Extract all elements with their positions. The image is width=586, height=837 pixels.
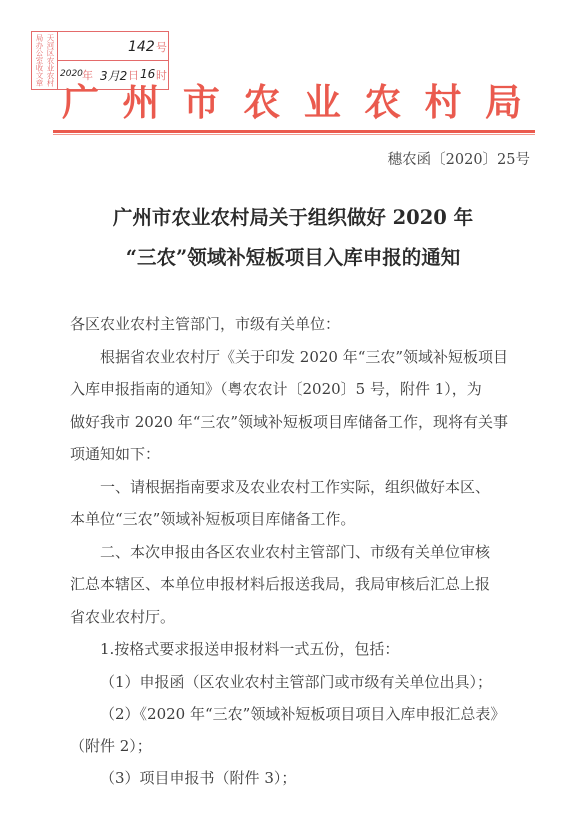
agency-char: 州: [122, 80, 159, 124]
paragraph-line: 项通知如下：: [70, 443, 160, 464]
agency-char: 市: [183, 80, 220, 124]
list-item: （1）申报函（区农业农村主管部门或市级有关单位出具）；: [100, 671, 492, 692]
list-item: （2）《2020 年“三农”领域补短板项目项目入库申报汇总表》: [100, 703, 505, 724]
stamp-label: 天河区农业农村 局办公室收文章: [32, 32, 58, 89]
paragraph-line: 本单位“三农”领域补短板项目库储备工作。: [70, 508, 355, 529]
list-item: （3）项目申报书（附件 3）；: [100, 767, 296, 788]
stamp-label-col1: 天河区农业农村: [45, 34, 55, 89]
paragraph-line: 入库申报指南的通知》（粤农农计〔2020〕5 号，附件 1），为: [70, 378, 482, 399]
document-title-line2: “三农”领域补短板项目入库申报的通知: [0, 242, 586, 270]
stamp-label-col2: 局办公室收文章: [34, 34, 44, 89]
document-title-line1: 广州市农业农村局关于组织做好 2020 年: [0, 202, 586, 230]
document-number: 穗农函〔2020〕25号: [388, 148, 530, 169]
agency-char: 农: [364, 80, 401, 124]
agency-char: 局: [485, 80, 522, 124]
paragraph-line: 一、请根据指南要求及农业农村工作实际，组织做好本区、: [100, 476, 490, 497]
stamp-hour: 16: [140, 67, 155, 81]
stamp-number: 142: [128, 39, 155, 55]
stamp-number-unit: 号: [156, 39, 167, 55]
paragraph-line: 省农业农村厅。: [70, 606, 175, 627]
paragraph-line: 根据省农业农村厅《关于印发 2020 年“三农”领域补短板项目: [100, 346, 508, 367]
list-item-continuation: （附件 2）；: [70, 735, 152, 756]
paragraph-line: 做好我市 2020 年“三农”领域补短板项目库储备工作，现将有关事: [70, 411, 508, 432]
agency-char: 业: [304, 80, 341, 124]
agency-name: 广 州 市 农 业 农 村 局: [62, 80, 522, 124]
agency-char: 村: [425, 80, 462, 124]
agency-char: 农: [243, 80, 280, 124]
salutation: 各区农业农村主管部门，市级有关单位：: [70, 313, 340, 334]
header-red-rule-thin: [53, 134, 535, 135]
header-red-rule: [53, 130, 535, 133]
paragraph-line: 二、本次申报由各区农业农村主管部门、市级有关单位审核: [100, 541, 490, 562]
list-item: 1.按格式要求报送申报材料一式五份，包括：: [100, 638, 399, 659]
stamp-number-row: 142 号: [58, 32, 168, 61]
stamp-year: 2020: [60, 69, 83, 79]
agency-char: 广: [62, 80, 99, 124]
paragraph-line: 汇总本辖区、本单位申报材料后报送我局，我局审核后汇总上报: [70, 573, 490, 594]
